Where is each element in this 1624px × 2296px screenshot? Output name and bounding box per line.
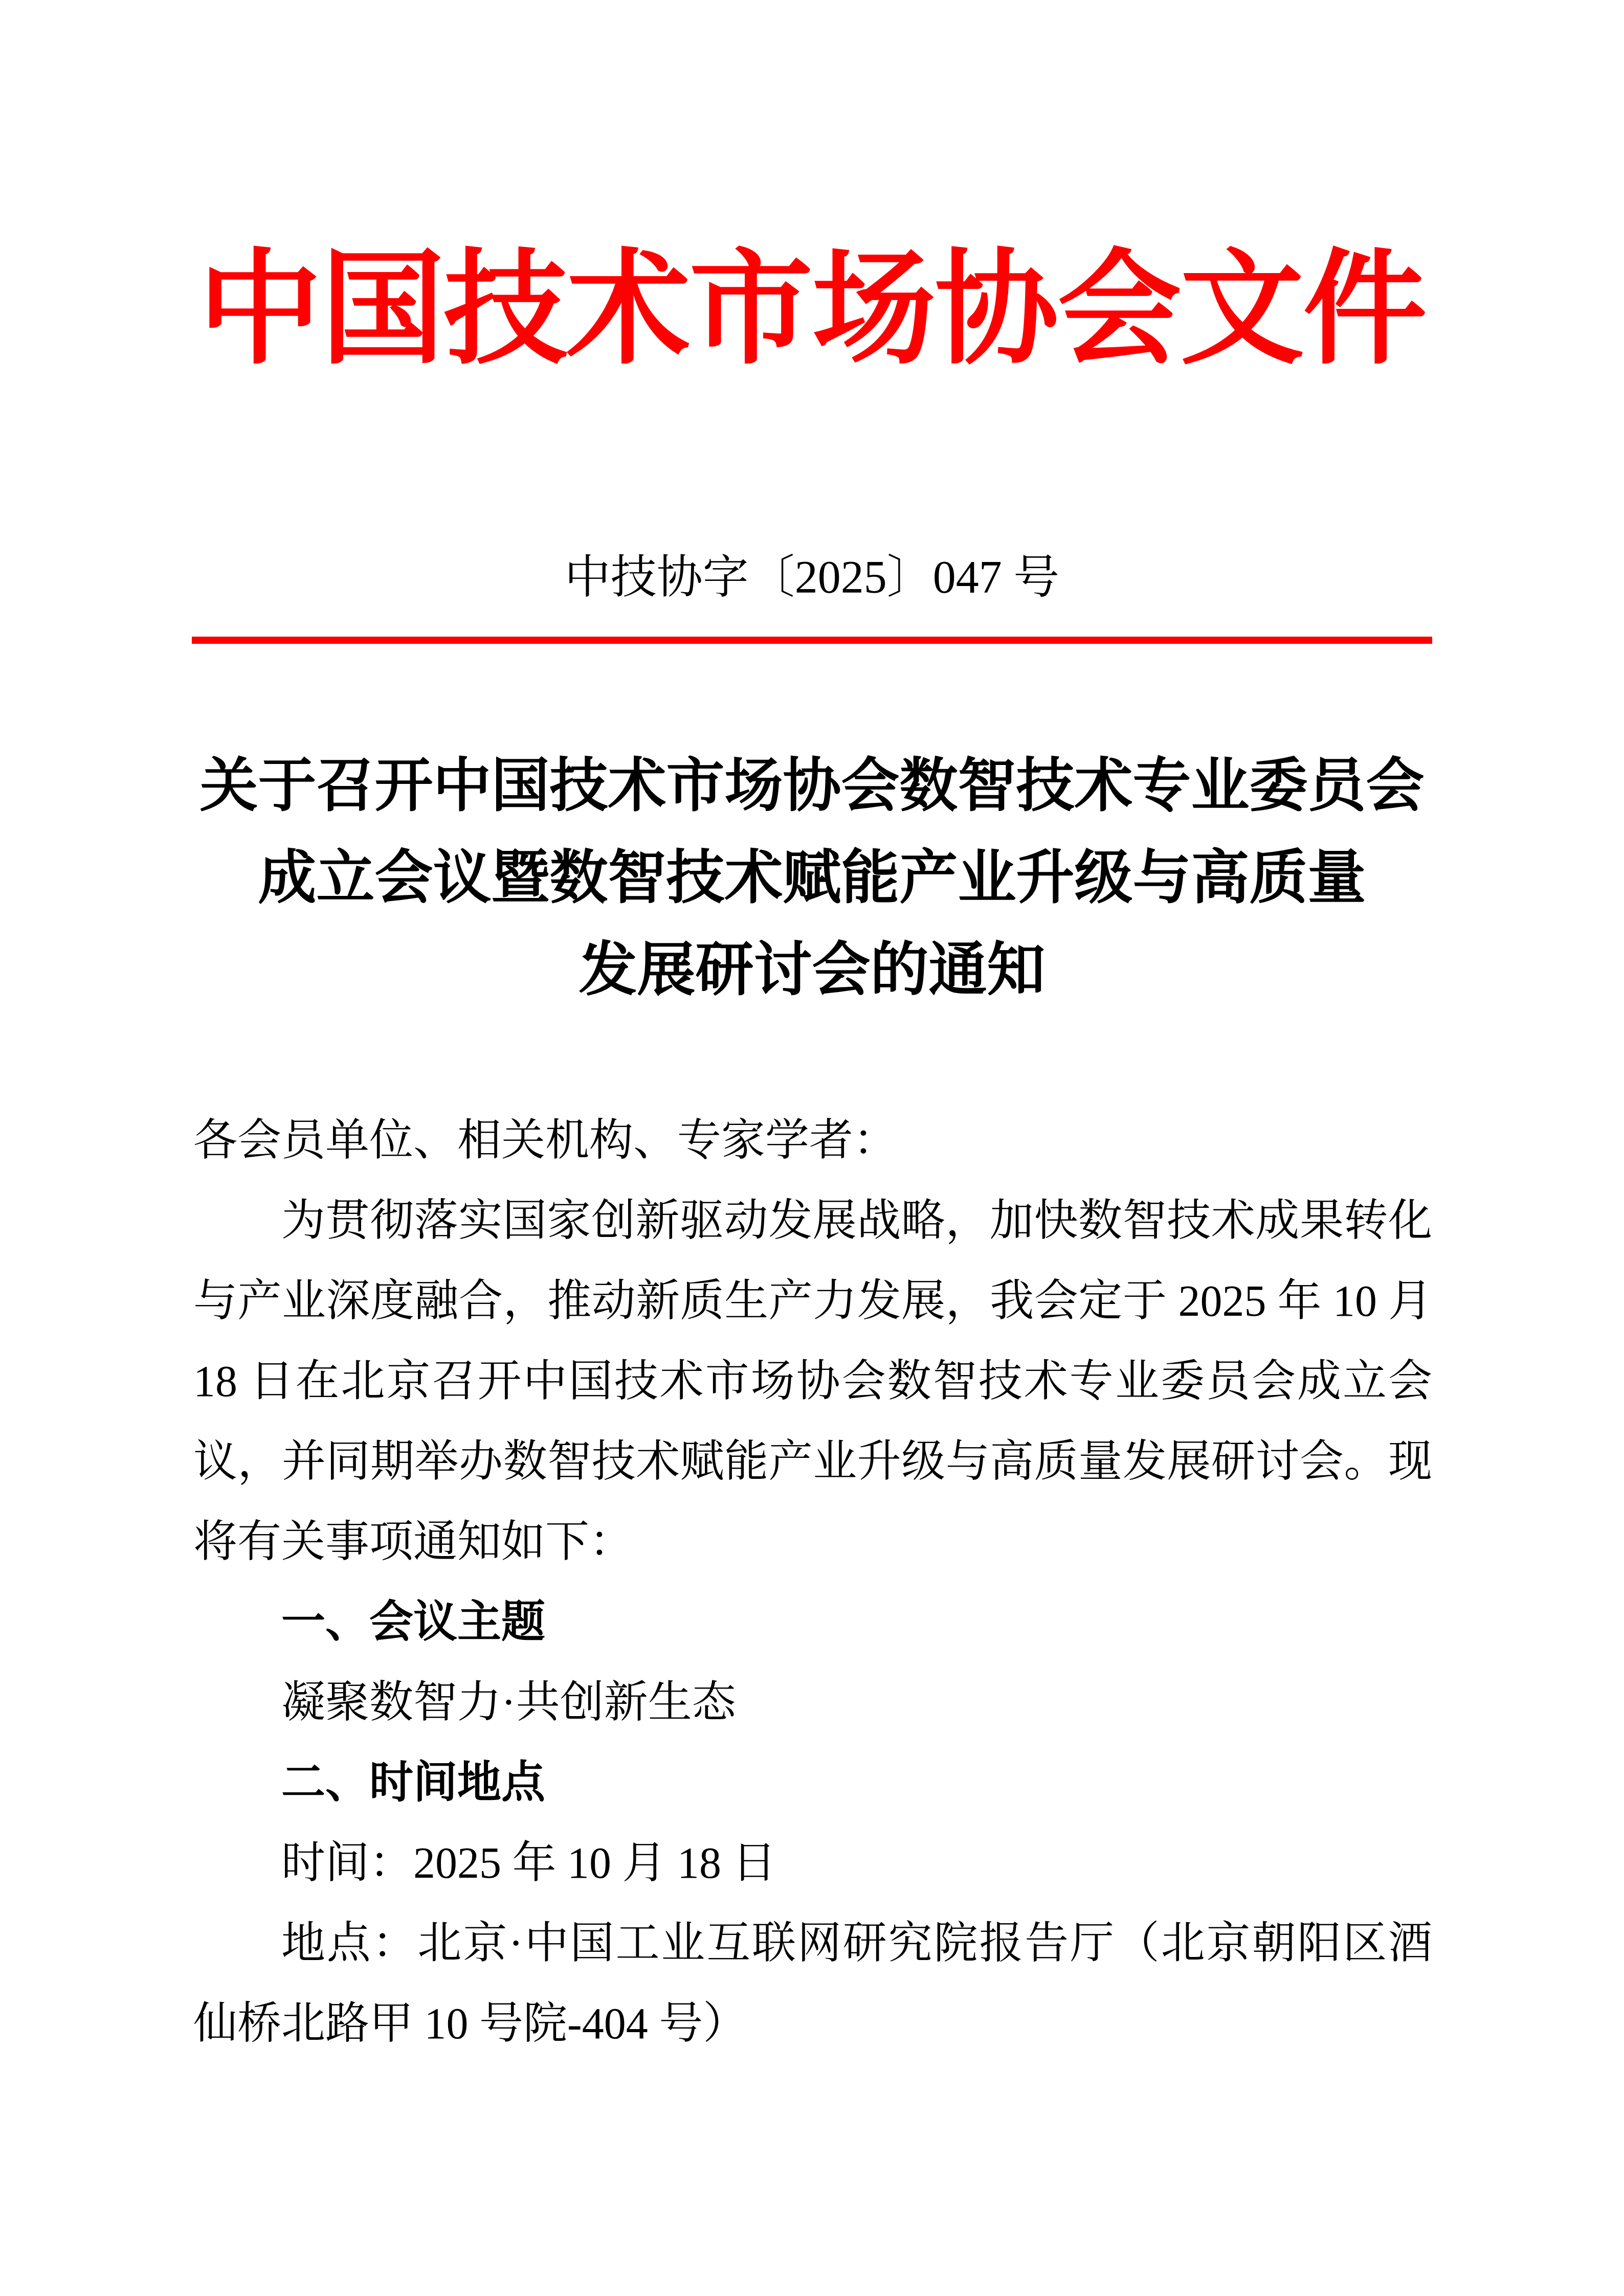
notice-title-line-2: 成立会议暨数智技术赋能产业升级与高质量	[0, 832, 1624, 924]
meeting-theme-text: 凝聚数智力·共创新生态	[193, 1662, 1432, 1743]
section-heading-time-location: 二、时间地点	[193, 1743, 1432, 1823]
notice-title-line-1: 关于召开中国技术市场协会数智技术专业委员会	[0, 740, 1624, 832]
intro-paragraph-line-5: 将有关事项通知如下：	[193, 1502, 1432, 1582]
meeting-location-line-1: 地点：北京·中国工业互联网研究院报告厅（北京朝阳区酒	[193, 1903, 1432, 1984]
intro-paragraph-line-3: 18 日在北京召开中国技术市场协会数智技术专业委员会成立会	[193, 1341, 1432, 1422]
doc-number: 中技协字〔2025〕047 号	[0, 553, 1624, 602]
notice-body: 各会员单位、相关机构、专家学者： 为贯彻落实国家创新驱动发展战略，加快数智技术成…	[193, 1100, 1432, 2064]
intro-paragraph-line-4: 议，并同期举办数智技术赋能产业升级与高质量发展研讨会。现	[193, 1422, 1432, 1502]
red-separator-rule	[192, 637, 1432, 644]
org-header-title: 中国技术市场协会文件	[0, 249, 1624, 372]
notice-title: 关于召开中国技术市场协会数智技术专业委员会 成立会议暨数智技术赋能产业升级与高质…	[0, 740, 1624, 1016]
document-page: 中国技术市场协会文件 中技协字〔2025〕047 号 关于召开中国技术市场协会数…	[0, 0, 1624, 2296]
notice-title-line-3: 发展研讨会的通知	[0, 924, 1624, 1016]
meeting-time-text: 时间：2025 年 10 月 18 日	[193, 1823, 1432, 1903]
intro-paragraph-line-2: 与产业深度融合，推动新质生产力发展，我会定于 2025 年 10 月	[193, 1261, 1432, 1341]
intro-paragraph-line-1: 为贯彻落实国家创新驱动发展战略，加快数智技术成果转化	[193, 1181, 1432, 1261]
salutation-line: 各会员单位、相关机构、专家学者：	[193, 1100, 1432, 1181]
meeting-location-line-2: 仙桥北路甲 10 号院-404 号）	[193, 1984, 1432, 2064]
section-heading-meeting-theme: 一、会议主题	[193, 1582, 1432, 1662]
